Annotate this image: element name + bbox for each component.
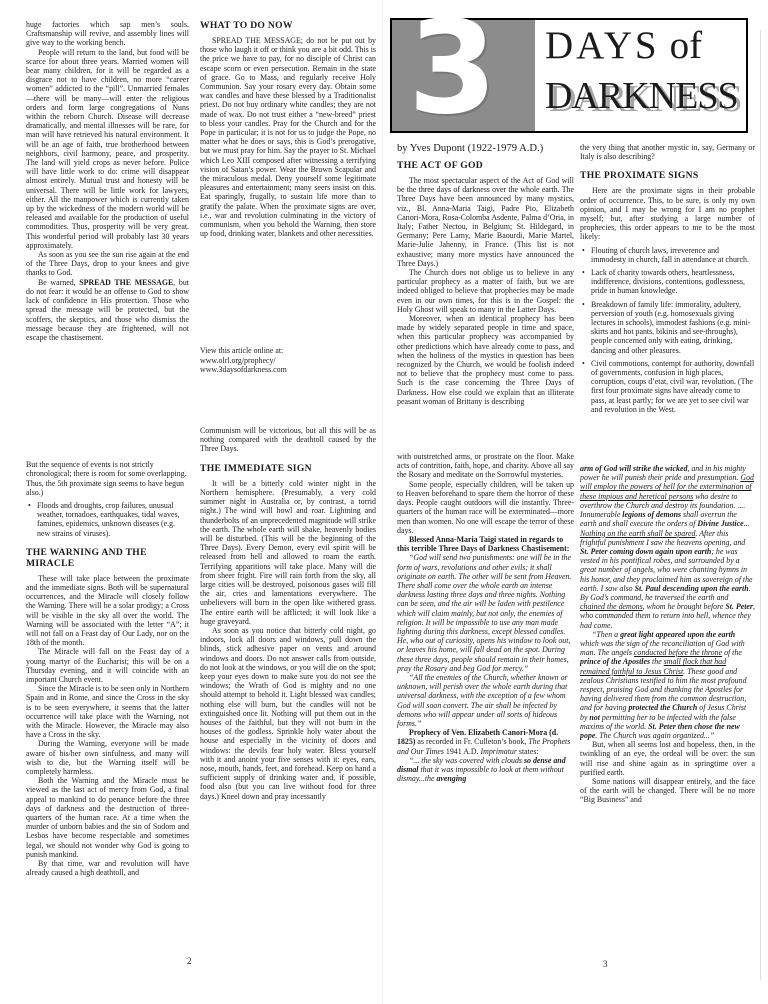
paragraph: www.olrl.org/prophecy/ xyxy=(200,356,376,365)
paragraph: The Church does not oblige us to believe… xyxy=(397,268,574,314)
spacer xyxy=(580,418,755,464)
paragraph: “All the enemies of the Church, whether … xyxy=(397,673,574,728)
bullet-item: Civil commotions, contempt for authority… xyxy=(580,359,755,414)
paragraph: These will take place between the proxim… xyxy=(26,574,189,648)
title-line-days-of: DAYSof xyxy=(545,21,744,71)
title-word-of: of xyxy=(670,24,703,67)
paragraph: Since the Miracle is to be seen only in … xyxy=(26,684,189,739)
paragraph: arm of God will strike the wicked, and i… xyxy=(580,464,755,630)
big-number-3: 3 xyxy=(408,5,497,133)
paragraph: Some people, especially children, will b… xyxy=(397,480,574,535)
text-run: legions of demons xyxy=(622,510,681,519)
text-run: not xyxy=(589,713,600,722)
paragraph: But, when all seems lost and hopeless, t… xyxy=(580,740,755,777)
title-text-panel: DAYSof DARKNESS xyxy=(535,20,746,131)
paragraph: SPREAD THE MESSAGE; do not be put out by… xyxy=(200,36,376,238)
section-heading: THE ACT OF GOD xyxy=(397,160,574,171)
byline: by Yves Dupont (1922-1979 A.D.) xyxy=(397,143,574,155)
text-run: chained the demons xyxy=(580,602,643,611)
scan-edge-artifact xyxy=(760,30,761,980)
text-run: prince of the Apostles xyxy=(580,657,650,666)
bullet-item: Floods and droughts, crop failures, unus… xyxy=(26,501,189,538)
paragraph: During the Warning, everyone will be mad… xyxy=(26,739,189,776)
paragraph: Communism will be victorious, but all th… xyxy=(200,426,376,454)
page-number-2: 2 xyxy=(187,956,192,966)
bullet-item: Breakdown of family life: immorality, ad… xyxy=(580,300,755,355)
spacer xyxy=(397,406,574,452)
paragraph: “Then a great light appeared upon the ea… xyxy=(580,630,755,740)
paragraph: “God will send two punishments: one will… xyxy=(397,553,574,673)
paragraph: But the sequence of events is not strict… xyxy=(26,460,189,497)
page2-column-1: huge factories which sap men’s souls. Cr… xyxy=(26,20,189,962)
text-run: arm of God will strike the wicked xyxy=(580,464,687,473)
page-number-3: 3 xyxy=(603,959,608,969)
spacer xyxy=(26,342,189,460)
paragraph: Prophecy of Ven. Elizabeth Canori-Mora (… xyxy=(397,728,574,756)
bullet-item: Lack of charity towards others, heartles… xyxy=(580,268,755,296)
paragraph: Both the Warning and the Miracle must be… xyxy=(26,776,189,859)
title-word-days: DAYS xyxy=(545,24,660,67)
paragraph: Moreover, when an identical prophecy has… xyxy=(397,314,574,406)
paragraph: The Miracle will fall on the Feast day o… xyxy=(26,647,189,684)
text-run: Imprimatur xyxy=(481,747,517,756)
paragraph: As soon as you see the sun rise again at… xyxy=(26,250,189,278)
paragraph: huge factories which sap men’s souls. Cr… xyxy=(26,20,189,48)
section-heading: THE WARNING AND THE MIRACLE xyxy=(26,547,189,569)
paragraph: By that time, war and revolution will ha… xyxy=(26,859,189,877)
title-number-panel: 3 xyxy=(392,20,535,131)
text-run: St. Peter coming down again upon earth xyxy=(580,547,711,556)
document-spread: huge factories which sap men’s souls. Cr… xyxy=(0,0,768,1004)
text-run: great light appeared upon the earth xyxy=(620,630,735,639)
paragraph: It will be a bitterly cold winter night … xyxy=(200,479,376,626)
title-word-darkness: DARKNESS xyxy=(545,71,744,121)
page2-column-2: WHAT TO DO NOWSPREAD THE MESSAGE; do not… xyxy=(200,20,376,962)
text-run: St. Peter xyxy=(725,602,753,611)
page3-column-2: the very thing that another mystic in, s… xyxy=(580,143,755,993)
paragraph: Be warned, SPREAD THE MESSAGE, but do no… xyxy=(26,278,189,342)
text-run: SPREAD THE MESSAGE xyxy=(79,278,173,287)
paragraph: Here are the proximate signs in their pr… xyxy=(580,186,755,241)
bullet-item: Flouting of church laws, irreverence and… xyxy=(580,246,755,264)
paragraph: the very thing that another mystic in, s… xyxy=(580,143,755,161)
text-run: so dense and dismal xyxy=(397,756,566,774)
paragraph: with outstretched arms, or prostrate on … xyxy=(397,452,574,480)
spacer xyxy=(200,238,376,346)
spacer xyxy=(200,374,376,426)
paragraph: View this article online at: xyxy=(200,346,376,355)
paragraph: Blessed Anna-Maria Taigi stated in regar… xyxy=(397,535,574,553)
text-run: Nothing on the earth shall be spared xyxy=(580,529,695,538)
text-run: conducted before the throne xyxy=(634,648,722,657)
title-banner: 3 DAYSof DARKNESS xyxy=(390,18,748,133)
section-heading: THE IMMEDIATE SIGN xyxy=(200,463,376,474)
paragraph: “... the sky was covered with clouds so … xyxy=(397,756,574,784)
section-heading: WHAT TO DO NOW xyxy=(200,20,376,31)
page-fold-line xyxy=(382,0,383,1004)
text-run: Divine Justice xyxy=(697,519,743,528)
text-run: St. Paul descending upon the earth xyxy=(635,584,749,593)
paragraph: As soon as you notice that bitterly cold… xyxy=(200,626,376,801)
text-run: God will employ the powers of hell for t… xyxy=(580,473,754,500)
paragraph: People will return to the land, but food… xyxy=(26,48,189,250)
paragraph: Some nations will disappear entirely, an… xyxy=(580,777,755,805)
text-run: St. Peter then chose the new pope xyxy=(580,722,740,740)
page3-column-1: by Yves Dupont (1922-1979 A.D.)THE ACT O… xyxy=(397,143,574,975)
text-run: protected the Church xyxy=(628,703,697,712)
paragraph: The most spectacular aspect of the Act o… xyxy=(397,176,574,268)
text-run: avenging xyxy=(436,774,466,783)
paragraph: www.3daysofdarkness.com xyxy=(200,365,376,374)
section-heading: THE PROXIMATE SIGNS xyxy=(580,170,755,181)
